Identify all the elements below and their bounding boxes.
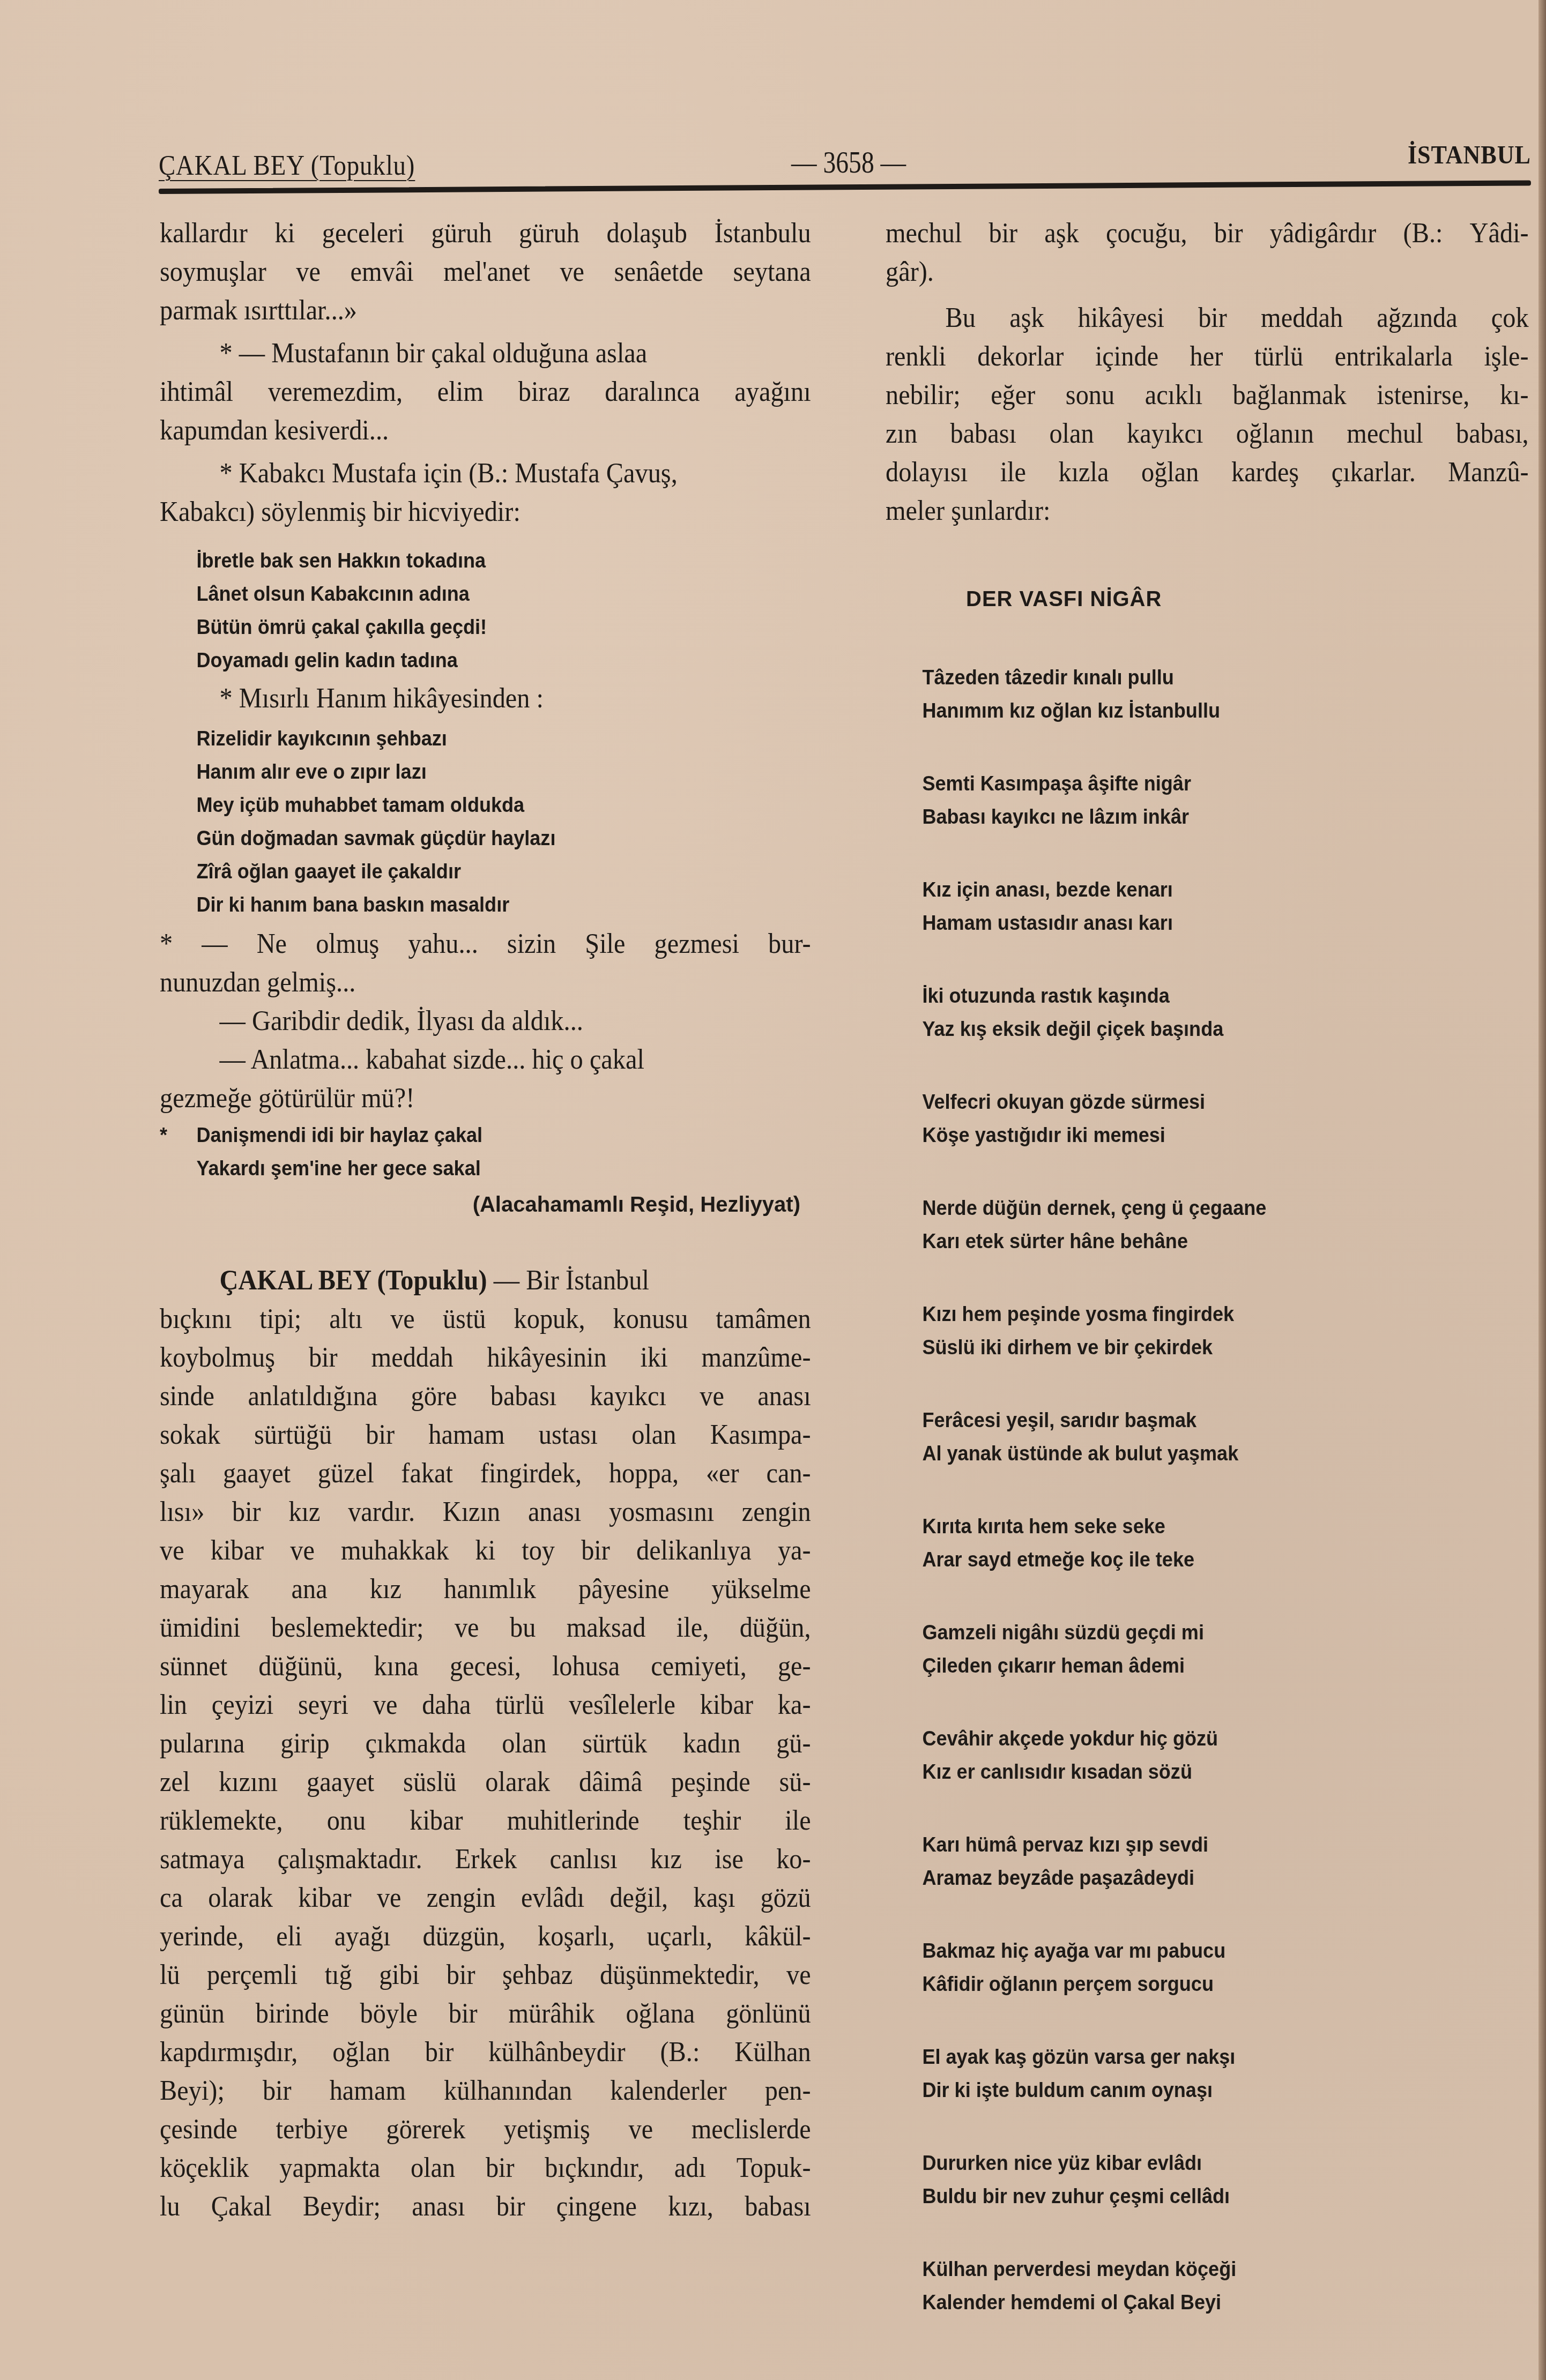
verse-line: Danişmendi idi bir haylaz çakal (196, 1119, 778, 1152)
verse-misirli-hanim: Rizelidir kayıkcının şehbazı Hanım alır … (160, 722, 778, 922)
stanza: Karı hümâ pervaz kızı şıp sevdi Aramaz b… (922, 1829, 1497, 1895)
verse-line: Bakmaz hiç ayağa var mı pabucu (922, 1935, 1497, 1968)
verse-line: Buldu bir nev zuhur çeşmi cellâdı (922, 2180, 1497, 2213)
verse-line: Kırıta kırıta hem seke seke (922, 1510, 1497, 1543)
right-column: mechulbiraşkçocuğu,biryâdigârdır(B.:Yâdi… (886, 214, 1529, 2359)
verse-line: Karı etek sürter hâne behâne (922, 1225, 1497, 1258)
text-line: linçeyiziseyrivedahatürlüvesîlelerlekiba… (160, 1686, 811, 1725)
verse-line: Çileden çıkarır heman âdemi (922, 1650, 1497, 1683)
stanza: Kızı hem peşinde yosma fingirdek Süslü i… (922, 1298, 1497, 1364)
text-line: — Anlatma... kabahat sizde... hiç o çaka… (160, 1041, 811, 1079)
entry-cakal-bey: ÇAKAL BEY (Topuklu) — Bir İstanbul bıçkı… (160, 1262, 811, 2226)
verse-line: Kız için anası, bezde kenarı (922, 874, 1497, 907)
text-line: ümidinibeslemektedir;vebumaksadile,düğün… (160, 1609, 811, 1647)
paragraph-yadigar: mechulbiraşkçocuğu,biryâdigârdır(B.:Yâdi… (886, 214, 1529, 292)
text-line: mechulbiraşkçocuğu,biryâdigârdır(B.:Yâdi… (886, 214, 1529, 253)
verse-line: Aramaz beyzâde paşazâdeydi (922, 1862, 1497, 1895)
verse-line: Yaz kış eksik değil çiçek başında (922, 1013, 1497, 1046)
verse-line: Nerde düğün dernek, çeng ü çegaane (922, 1192, 1497, 1225)
verse-line: Kızı hem peşinde yosma fingirdek (922, 1298, 1497, 1331)
page-binding-edge (1538, 0, 1546, 2380)
text-line: koybolmuşbirmeddahhikâyesininikimanzûme- (160, 1339, 811, 1377)
text-line: mayarakanakızhanımlıkpâyesineyükselme (160, 1570, 811, 1609)
verse-line: Kalender hemdemi ol Çakal Beyi (922, 2286, 1497, 2319)
text-line: gezmeğe götürülür mü?! (160, 1079, 811, 1118)
text-line: soymuşlarveemvâimel'anetvesenâetdeseytan… (160, 253, 811, 292)
text-line: nebilir;eğersonuacıklıbağlanmakistenirse… (886, 376, 1529, 415)
paragraph-anlatma: — Anlatma... kabahat sizde... hiç o çaka… (160, 1041, 811, 1118)
text-fragment: — Bir İstanbul (487, 1265, 649, 1296)
text-line: satmayaçalışmaktadır.Erkekcanlısıkızisek… (160, 1840, 811, 1879)
text-line: rüklemekte,onukibarmuhitlerindeteşhirile (160, 1802, 811, 1840)
verse-line: Mey içüb muhabbet tamam oldukda (196, 789, 778, 822)
verse-line: Rizelidir kayıkcının şehbazı (196, 722, 778, 756)
verse-line: Babası kayıkcı ne lâzım inkâr (922, 801, 1497, 834)
asterisk-marker: * (160, 1119, 167, 1152)
stanza: Velfecri okuyan gözde sürmesi Köşe yastı… (922, 1086, 1497, 1152)
verse-line: Hanım alır eve o zıpır lazı (196, 756, 778, 789)
text-line: renklidekorlariçindehertürlüentrikalarla… (886, 338, 1529, 376)
verse-line: Gün doğmadan savmak güçdür haylazı (196, 822, 778, 855)
text-line: caolarakkibarvezenginevlâdıdeğil,kaşıgöz… (160, 1879, 811, 1918)
text-line: Kabakcı) söylenmiş bir hicviyedir: (160, 493, 811, 532)
stanza: Nerde düğün dernek, çeng ü çegaane Karı … (922, 1192, 1497, 1258)
stanza: Gamzeli nigâhı süzdü geçdi mi Çileden çı… (922, 1616, 1497, 1683)
verse-line: Külhan perverdesi meydan köçeği (922, 2253, 1497, 2286)
paragraph-mustafa: * — Mustafanın bir çakal olduğuna aslaa … (160, 334, 811, 450)
verse-line: Cevâhir akçede yokdur hiç gözü (922, 1722, 1497, 1756)
text-line: kapumdan kesiverdi... (160, 412, 811, 450)
text-line: ihtimâlveremezdim,elimbirazdaralıncaayağ… (160, 373, 811, 412)
stanza: Tâzeden tâzedir kınalı pullu Hanımım kız… (922, 661, 1497, 728)
text-line: parmak ısırttılar...» (160, 292, 811, 330)
text-line: vekibarvemuhakkakkitoybirdelikanlıyaya- (160, 1532, 811, 1570)
entry-headword: ÇAKAL BEY (Topuklu) (220, 1265, 487, 1296)
text-line: lüperçemlitığgibibirşehbazdüşünmektedir,… (160, 1956, 811, 1995)
verse-line: Al yanak üstünde ak bulut yaşmak (922, 1437, 1497, 1471)
verse-line: Hamam ustasıdır anası karı (922, 907, 1497, 940)
header-entry-title: ÇAKAL BEY (Topuklu) (159, 150, 415, 182)
paragraph-misirli-hanim: * Mısırlı Hanım hikâyesinden : (160, 680, 811, 718)
stanza: Külhan perverdesi meydan köçeği Kalender… (922, 2253, 1497, 2319)
verse-line: Dir ki hanım bana baskın masaldır (196, 889, 778, 922)
text-line: kallardırkigecelerigüruhgüruhdolaşubİsta… (160, 214, 811, 253)
text-line: köçeklikyapmaktaolanbirbıçkındır,adıTopu… (160, 2149, 811, 2188)
text-line: dolayısıilekızlaoğlankardeşçıkarlar.Manz… (886, 453, 1529, 492)
stanza: Cevâhir akçede yokdur hiç gözü Kız er ca… (922, 1722, 1497, 1789)
verse-line: Köşe yastığıdır iki memesi (922, 1119, 1497, 1152)
verse-line: Gamzeli nigâhı süzdü geçdi mi (922, 1616, 1497, 1650)
text-line: * Kabakcı Mustafa için (B.: Mustafa Çavu… (160, 454, 811, 493)
verse-line: İbretle bak sen Hakkın tokadına (196, 544, 778, 578)
stanza: Bakmaz hiç ayağa var mı pabucu Kâfidir o… (922, 1935, 1497, 2001)
text-line: — Garibdir dedik, İlyası da aldık... (160, 1002, 811, 1041)
verse-der-vasfi-nigar: Tâzeden tâzedir kınalı pullu Hanımım kız… (886, 661, 1497, 2319)
stanza: Dururken nice yüz kibar evlâdı Buldu bir… (922, 2147, 1497, 2213)
text-line: kapdırmışdır,oğlanbirkülhânbeydir(B.:Kül… (160, 2033, 811, 2072)
verse-line: Süslü iki dirhem ve bir çekirdek (922, 1331, 1497, 1364)
text-line: sünnetdüğünü,kınagecesi,lohusacemiyeti,g… (160, 1647, 811, 1686)
verse-line: Hanımım kız oğlan kız İstanbullu (922, 695, 1497, 728)
verse-attribution: (Alacahamamlı Reşid, Hezliyyat) (160, 1185, 811, 1224)
text-line: meler şunlardır: (886, 492, 1529, 531)
text-line: gâr). (886, 253, 1529, 292)
verse-heading: DER VASFI NİGÂR (886, 580, 1529, 618)
text-line: çesindeterbiyegörerekyetişmişvemeclisler… (160, 2110, 811, 2149)
text-line: Beyi);birhamamkülhanındankalenderlerpen- (160, 2072, 811, 2110)
paragraph-garibdir: — Garibdir dedik, İlyası da aldık... (160, 1002, 811, 1041)
scanned-page: ÇAKAL BEY (Topuklu) — 3658 — İSTANBUL ka… (0, 0, 1546, 2380)
text-line: pularınagiripçıkmakdaolansürtükkadıngü- (160, 1725, 811, 1763)
entry-first-line: ÇAKAL BEY (Topuklu) — Bir İstanbul (160, 1262, 811, 1300)
paragraph-sile: *—Neolmuşyahu...sizinŞilegezmesibur- nun… (160, 925, 811, 1002)
header-volume-title: İSTANBUL (1408, 140, 1531, 170)
verse-line: Kız er canlısıdır kısadan sözü (922, 1756, 1497, 1789)
stanza: İki otuzunda rastık kaşında Yaz kış eksi… (922, 980, 1497, 1046)
verse-line: Karı hümâ pervaz kızı şıp sevdi (922, 1829, 1497, 1862)
verse-line: Bütün ömrü çakal çakılla geçdi! (196, 611, 778, 644)
verse-line: İki otuzunda rastık kaşında (922, 980, 1497, 1013)
stanza: Semti Kasımpaşa âşifte nigâr Babası kayı… (922, 767, 1497, 834)
text-line: zınbabasıolankayıkcıoğlanınmechulbabası, (886, 415, 1529, 453)
verse-line: Yakardı şem'ine her gece sakal (196, 1152, 778, 1185)
stanza: El ayak kaş gözün varsa ger nakşı Dir ki… (922, 2041, 1497, 2107)
verse-line: Velfecri okuyan gözde sürmesi (922, 1086, 1497, 1119)
paragraph-quote-end: kallardırkigecelerigüruhgüruhdolaşubİsta… (160, 214, 811, 330)
text-line: * Mısırlı Hanım hikâyesinden : (160, 680, 811, 718)
verse-line: Lânet olsun Kabakcının adına (196, 578, 778, 611)
text-line: bıçkınıtipi;altıveüstükopuk,konusutamâme… (160, 1300, 811, 1339)
verse-line: Semti Kasımpaşa âşifte nigâr (922, 767, 1497, 801)
verse-hicviye: İbretle bak sen Hakkın tokadına Lânet ol… (160, 544, 778, 677)
text-line: zelkızınıgaayetsüslüolarakdâimâpeşindesü… (160, 1763, 811, 1802)
verse-line: Zîrâ oğlan gaayet ile çakaldır (196, 855, 778, 889)
stanza: Kız için anası, bezde kenarı Hamam ustas… (922, 874, 1497, 940)
stanza: Kırıta kırıta hem seke seke Arar sayd et… (922, 1510, 1497, 1577)
text-line: şalıgaayetgüzelfakatfingirdek,hoppa,«erc… (160, 1454, 811, 1493)
text-line: gününbirindeböylebirmürâhikoğlanagönlünü (160, 1995, 811, 2033)
paragraph-ask-hikayesi: Buaşkhikâyesibirmeddahağzındaçok renklid… (886, 299, 1529, 531)
verse-line: Tâzeden tâzedir kınalı pullu (922, 661, 1497, 695)
text-line: *—Neolmuşyahu...sizinŞilegezmesibur- (160, 925, 811, 964)
verse-line: Dir ki işte buldum canım oynaşı (922, 2074, 1497, 2107)
text-line: yerinde,eliayağıdüzgün,koşarlı,uçarlı,kâ… (160, 1918, 811, 1956)
verse-line: Arar sayd etmeğe koç ile teke (922, 1543, 1497, 1577)
verse-line: Ferâcesi yeşil, sarıdır başmak (922, 1404, 1497, 1437)
verse-line: Kâfidir oğlanın perçem sorgucu (922, 1968, 1497, 2001)
left-column: kallardırkigecelerigüruhgüruhdolaşubİsta… (160, 214, 811, 2226)
paragraph-kabakci: * Kabakcı Mustafa için (B.: Mustafa Çavu… (160, 454, 811, 532)
page-number: — 3658 — (791, 146, 906, 180)
text-line: * — Mustafanın bir çakal olduğuna aslaa (160, 334, 811, 373)
verse-line: Dururken nice yüz kibar evlâdı (922, 2147, 1497, 2180)
text-line: lısı»birkızvardır.Kızınanasıyosmasınızen… (160, 1493, 811, 1532)
verse-line: Doyamadı gelin kadın tadına (196, 644, 778, 677)
verse-hezliyyat: * Danişmendi idi bir haylaz çakal Yakard… (160, 1119, 778, 1185)
text-line: sokaksürtüğübirhamamustasıolanKasımpa- (160, 1416, 811, 1454)
verse-line: El ayak kaş gözün varsa ger nakşı (922, 2041, 1497, 2074)
text-line: sindeanlatıldığınagörebabasıkayıkcıveana… (160, 1377, 811, 1416)
text-line: nunuzdan gelmiş... (160, 964, 811, 1002)
stanza: Ferâcesi yeşil, sarıdır başmak Al yanak … (922, 1404, 1497, 1471)
text-line: luÇakalBeydir;anasıbirçingenekızı,babası (160, 2188, 811, 2226)
text-line: Buaşkhikâyesibirmeddahağzındaçok (886, 299, 1529, 338)
